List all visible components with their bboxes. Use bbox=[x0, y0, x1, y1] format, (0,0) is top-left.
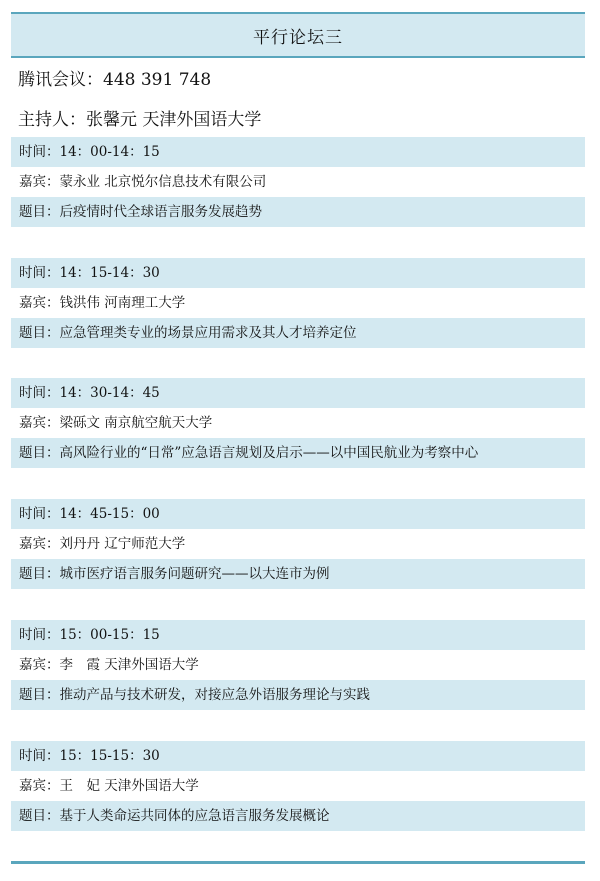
time-label: 时间： bbox=[19, 265, 60, 281]
guest-label: 嘉宾： bbox=[19, 657, 60, 673]
topic-label: 题目： bbox=[19, 566, 60, 582]
session-guest-row: 嘉宾：刘丹丹 辽宁师范大学 bbox=[11, 529, 585, 559]
session-block: 时间：15：15-15：30 嘉宾：王 妃 天津外国语大学 题目：基于人类命运共… bbox=[11, 741, 585, 831]
session-guest: 王 妃 天津外国语大学 bbox=[60, 778, 199, 794]
session-block: 时间：14：15-14：30 嘉宾：钱洪伟 河南理工大学 题目：应急管理类专业的… bbox=[11, 258, 585, 348]
session-block: 时间：14：00-14：15 嘉宾：蒙永业 北京悦尔信息技术有限公司 题目：后疫… bbox=[11, 137, 585, 227]
time-label: 时间： bbox=[19, 144, 60, 160]
topic-label: 题目： bbox=[19, 204, 60, 220]
session-time-row: 时间：15：15-15：30 bbox=[11, 741, 585, 771]
session-time-row: 时间：14：00-14：15 bbox=[11, 137, 585, 167]
session-topic-row: 题目：推动产品与技术研发，对接应急外语服务理论与实践 bbox=[11, 680, 585, 710]
session-time-row: 时间：14：30-14：45 bbox=[11, 378, 585, 408]
topic-label: 题目： bbox=[19, 808, 60, 824]
session-time-row: 时间：15：00-15：15 bbox=[11, 620, 585, 650]
guest-label: 嘉宾： bbox=[19, 295, 60, 311]
session-block: 时间：15：00-15：15 嘉宾：李 霞 天津外国语大学 题目：推动产品与技术… bbox=[11, 620, 585, 710]
host-label: 主持人： bbox=[18, 110, 86, 130]
time-label: 时间： bbox=[19, 748, 60, 764]
time-label: 时间： bbox=[19, 506, 60, 522]
topic-label: 题目： bbox=[19, 325, 60, 341]
topic-label: 题目： bbox=[19, 687, 60, 703]
session-time: 14：00-14：15 bbox=[60, 144, 160, 160]
session-guest: 钱洪伟 河南理工大学 bbox=[60, 295, 186, 311]
session-topic-row: 题目：应急管理类专业的场景应用需求及其人才培养定位 bbox=[11, 318, 585, 348]
meeting-info: 腾讯会议：448 391 748 bbox=[18, 65, 211, 90]
session-topic: 推动产品与技术研发，对接应急外语服务理论与实践 bbox=[60, 687, 371, 703]
session-guest-row: 嘉宾：李 霞 天津外国语大学 bbox=[11, 650, 585, 680]
forum-title-banner: 平行论坛三 bbox=[11, 12, 585, 58]
guest-label: 嘉宾： bbox=[19, 174, 60, 190]
time-label: 时间： bbox=[19, 385, 60, 401]
session-block: 时间：14：30-14：45 嘉宾：梁砾文 南京航空航天大学 题目：高风险行业的… bbox=[11, 378, 585, 468]
session-guest-row: 嘉宾：梁砾文 南京航空航天大学 bbox=[11, 408, 585, 438]
topic-label: 题目： bbox=[19, 445, 60, 461]
session-time-row: 时间：14：15-14：30 bbox=[11, 258, 585, 288]
session-topic: 基于人类命运共同体的应急语言服务发展概论 bbox=[60, 808, 330, 824]
time-label: 时间： bbox=[19, 627, 60, 643]
session-guest: 蒙永业 北京悦尔信息技术有限公司 bbox=[60, 174, 267, 190]
session-topic-row: 题目：后疫情时代全球语言服务发展趋势 bbox=[11, 197, 585, 227]
session-guest-row: 嘉宾：钱洪伟 河南理工大学 bbox=[11, 288, 585, 318]
meeting-label: 腾讯会议： bbox=[18, 70, 103, 90]
session-guest: 梁砾文 南京航空航天大学 bbox=[60, 415, 213, 431]
session-topic-row: 题目：城市医疗语言服务问题研究——以大连市为例 bbox=[11, 559, 585, 589]
session-guest-row: 嘉宾：王 妃 天津外国语大学 bbox=[11, 771, 585, 801]
host-info: 主持人：张馨元 天津外国语大学 bbox=[18, 105, 261, 130]
session-guest: 李 霞 天津外国语大学 bbox=[60, 657, 199, 673]
session-topic: 城市医疗语言服务问题研究——以大连市为例 bbox=[60, 566, 330, 582]
session-time-row: 时间：14：45-15：00 bbox=[11, 499, 585, 529]
session-time: 14：15-14：30 bbox=[60, 265, 160, 281]
bottom-divider bbox=[11, 861, 585, 864]
session-time: 15：15-15：30 bbox=[60, 748, 160, 764]
session-time: 14：45-15：00 bbox=[60, 506, 160, 522]
session-block: 时间：14：45-15：00 嘉宾：刘丹丹 辽宁师范大学 题目：城市医疗语言服务… bbox=[11, 499, 585, 589]
session-topic: 后疫情时代全球语言服务发展趋势 bbox=[60, 204, 263, 220]
session-time: 14：30-14：45 bbox=[60, 385, 160, 401]
session-topic: 高风险行业的“日常”应急语言规划及启示——以中国民航业为考察中心 bbox=[60, 445, 479, 461]
guest-label: 嘉宾： bbox=[19, 778, 60, 794]
guest-label: 嘉宾： bbox=[19, 415, 60, 431]
session-time: 15：00-15：15 bbox=[60, 627, 160, 643]
guest-label: 嘉宾： bbox=[19, 536, 60, 552]
session-guest: 刘丹丹 辽宁师范大学 bbox=[60, 536, 186, 552]
forum-title: 平行论坛三 bbox=[253, 23, 343, 48]
session-guest-row: 嘉宾：蒙永业 北京悦尔信息技术有限公司 bbox=[11, 167, 585, 197]
session-topic: 应急管理类专业的场景应用需求及其人才培养定位 bbox=[60, 325, 357, 341]
host-affiliation: 天津外国语大学 bbox=[142, 110, 261, 130]
session-topic-row: 题目：基于人类命运共同体的应急语言服务发展概论 bbox=[11, 801, 585, 831]
host-name: 张馨元 bbox=[86, 110, 137, 130]
session-topic-row: 题目：高风险行业的“日常”应急语言规划及启示——以中国民航业为考察中心 bbox=[11, 438, 585, 468]
meeting-id: 448 391 748 bbox=[103, 70, 211, 90]
